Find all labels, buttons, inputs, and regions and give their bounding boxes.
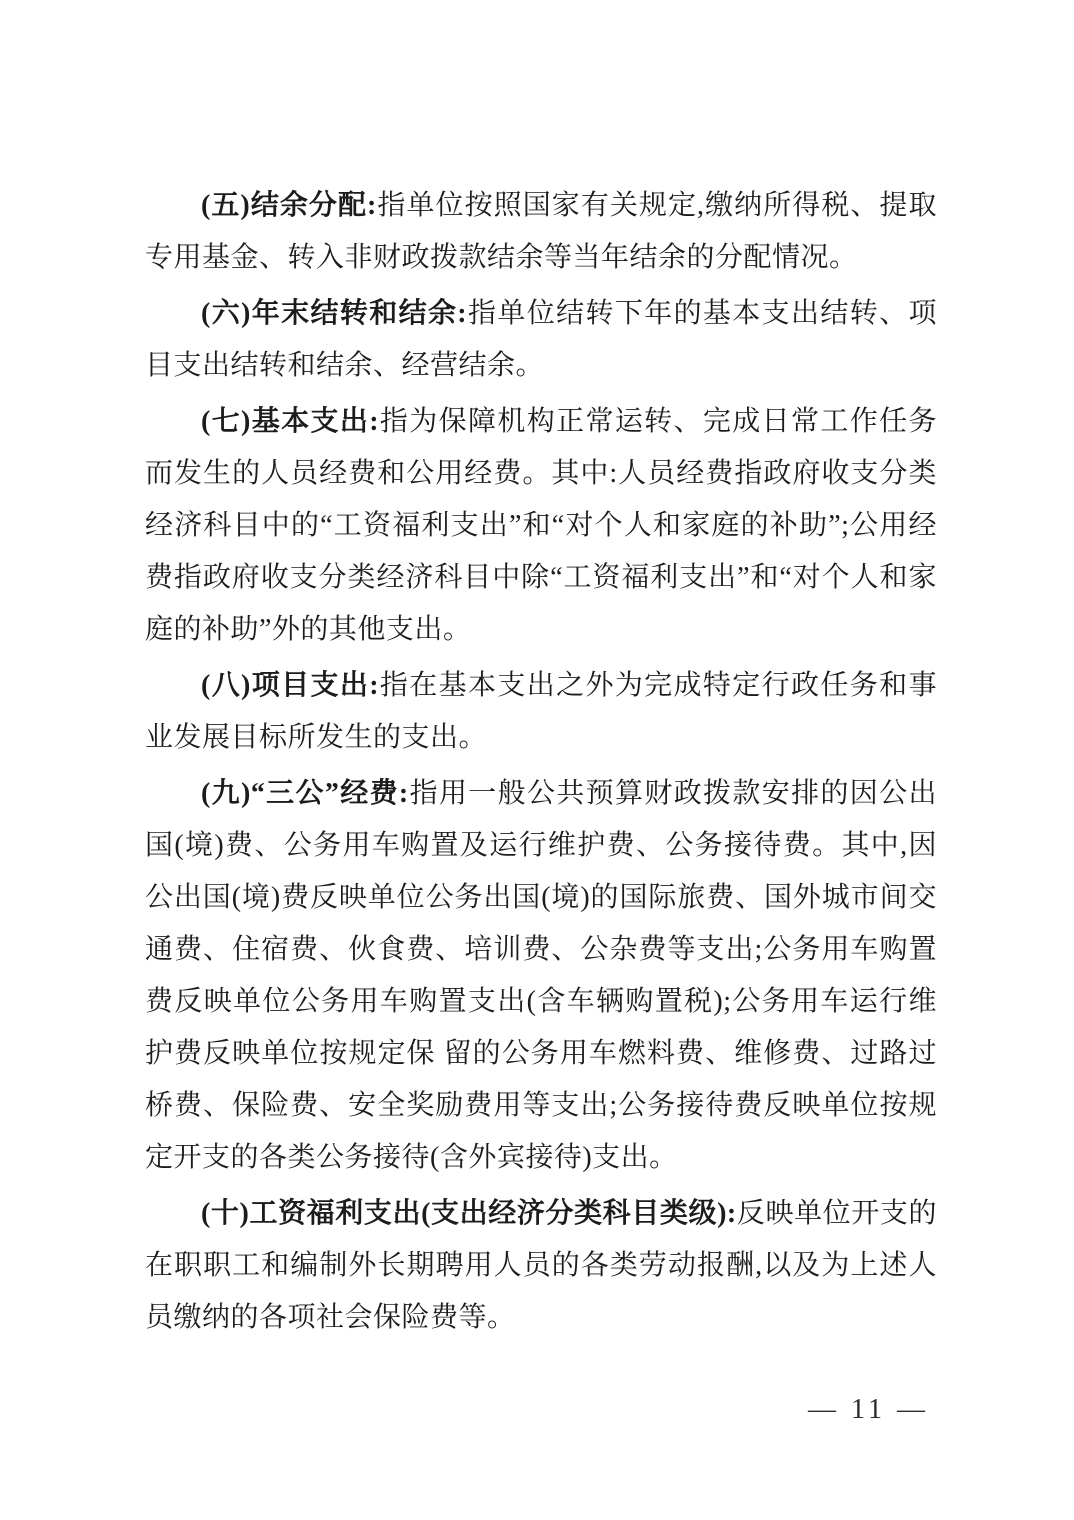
paragraph-lead: (八)项目支出:	[201, 670, 379, 701]
paragraph-10-wage-welfare-expenditure: (十)工资福利支出(支出经济分类科目类级):反映单位开支的在职职工和编制外长期聘…	[145, 1188, 937, 1344]
paragraph-5-surplus-distribution: (五)结余分配:指单位按照国家有关规定,缴纳所得税、提取专用基金、转入非财政拨款…	[145, 180, 937, 284]
paragraph-lead: (五)结余分配:	[201, 190, 377, 221]
paragraph-lead: (十)工资福利支出(支出经济分类科目类级):	[201, 1198, 737, 1229]
document-page: (五)结余分配:指单位按照国家有关规定,缴纳所得税、提取专用基金、转入非财政拨款…	[0, 0, 1074, 1520]
paragraph-7-basic-expenditure: (七)基本支出:指为保障机构正常运转、完成日常工作任务而发生的人员经费和公用经费…	[145, 396, 937, 656]
body-text: (五)结余分配:指单位按照国家有关规定,缴纳所得税、提取专用基金、转入非财政拨款…	[145, 180, 937, 1348]
paragraph-body: 指用一般公共预算财政拨款安排的因公出国(境)费、公务用车购置及运行维护费、公务接…	[145, 778, 937, 1173]
paragraph-8-project-expenditure: (八)项目支出:指在基本支出之外为完成特定行政任务和事业发展目标所发生的支出。	[145, 660, 937, 764]
paragraph-lead: (九)“三公”经费:	[201, 778, 409, 809]
page-number: — 11 —	[808, 1393, 929, 1427]
paragraph-9-three-public-funds: (九)“三公”经费:指用一般公共预算财政拨款安排的因公出国(境)费、公务用车购置…	[145, 768, 937, 1184]
paragraph-lead: (六)年末结转和结余:	[201, 298, 467, 329]
paragraph-lead: (七)基本支出:	[201, 406, 379, 437]
paragraph-6-year-end-carryover: (六)年末结转和结余:指单位结转下年的基本支出结转、项目支出结转和结余、经营结余…	[145, 288, 937, 392]
paragraph-body: 指为保障机构正常运转、完成日常工作任务而发生的人员经费和公用经费。其中:人员经费…	[145, 406, 937, 645]
